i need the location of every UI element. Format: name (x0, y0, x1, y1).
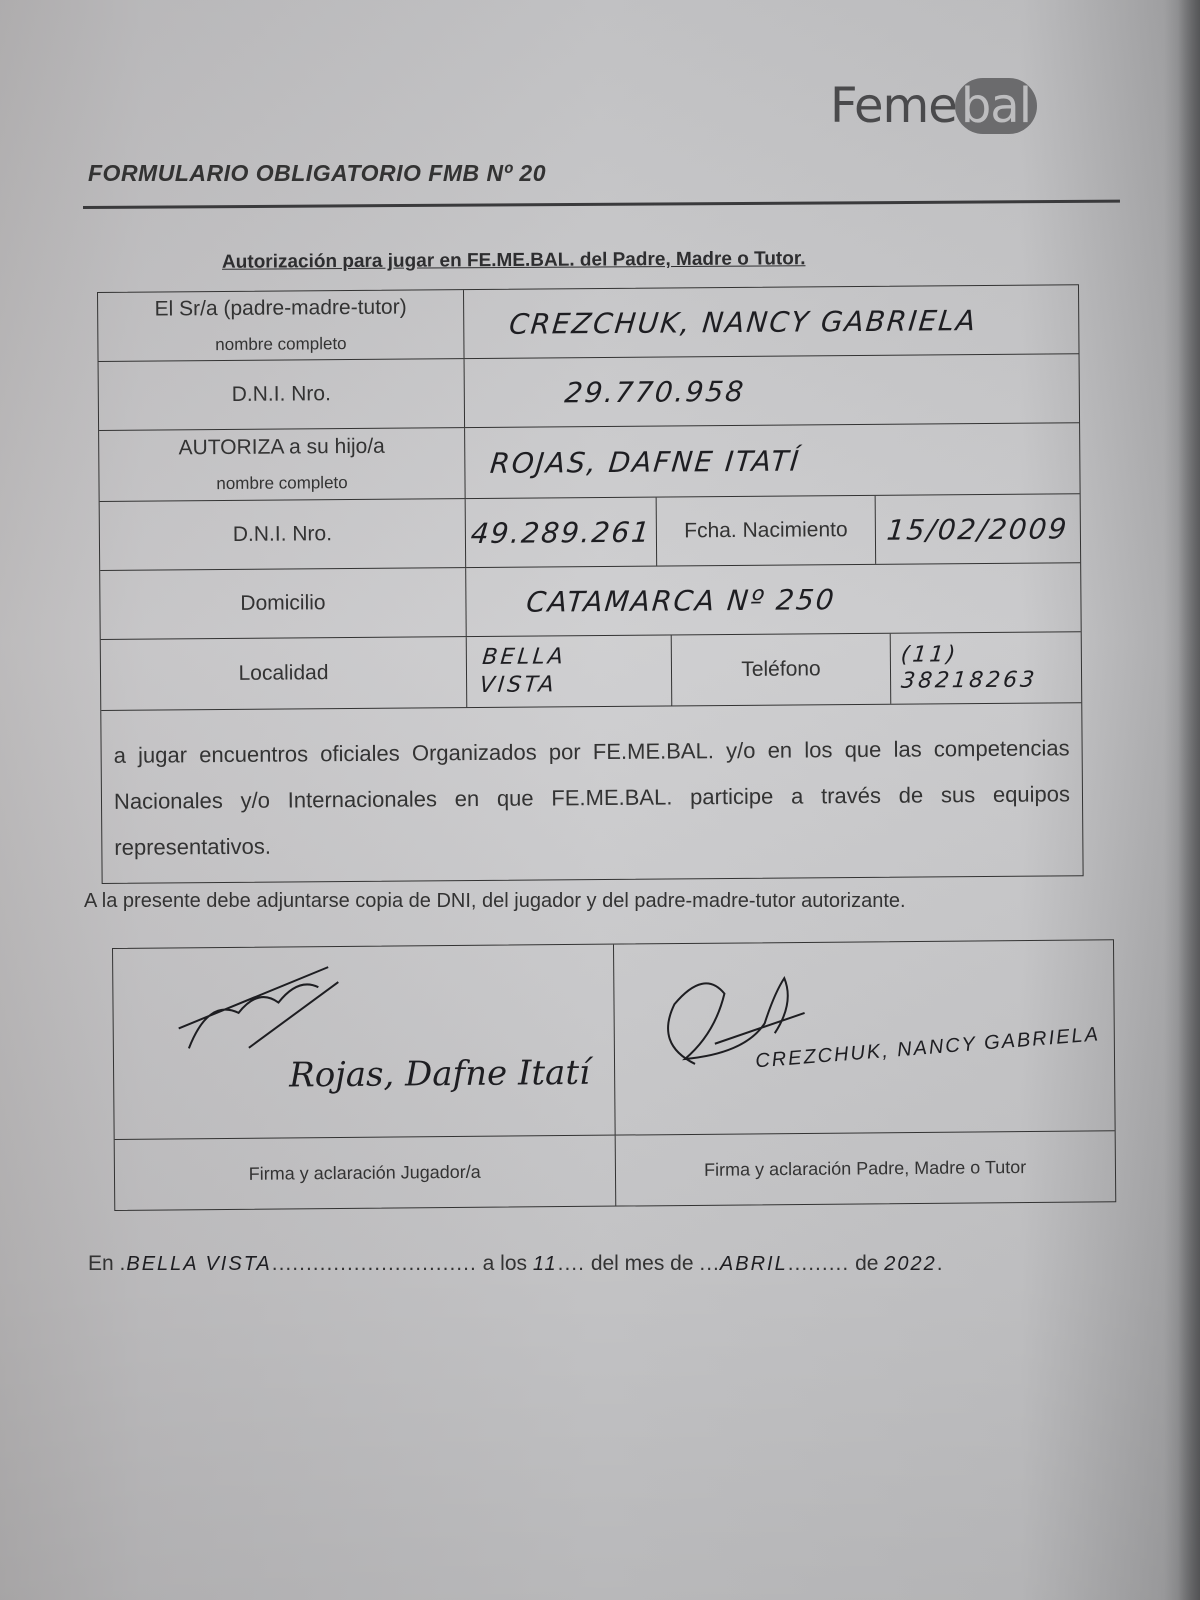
guardian-dni-row: D.N.I. Nro. 29.770.958 (99, 353, 1080, 430)
child-name-value: ROJAS, DAFNE ITATÍ (489, 444, 802, 479)
date-prefix: En (88, 1252, 114, 1275)
address-value: CATAMARCA Nº 250 (525, 583, 837, 618)
phone-value: 38218263 (900, 668, 1039, 695)
phone-label: Teléfono (741, 657, 821, 682)
locality-label: Localidad (238, 661, 328, 686)
phone-label-cell: Teléfono (671, 634, 891, 706)
address-row: Domicilio CATAMARCA Nº 250 (100, 562, 1081, 639)
day-field[interactable]: 11 (533, 1253, 558, 1275)
child-sublabel: nombre completo (216, 473, 347, 494)
child-name-field[interactable]: ROJAS, DAFNE ITATÍ (464, 423, 1080, 498)
guardian-dni-value: 29.770.958 (563, 374, 747, 408)
child-dni-label-cell: D.N.I. Nro. (100, 499, 466, 570)
player-signature-name: Rojas, Dafne Itatí (289, 1053, 590, 1096)
player-signature-box[interactable]: Rojas, Dafne Itatí (113, 945, 614, 1139)
page-edge-shadow (1178, 0, 1200, 1600)
guardian-dni-field[interactable]: 29.770.958 (464, 354, 1080, 427)
locality-row: Localidad BELLA VISTA Teléfono (11) 3821… (101, 631, 1082, 710)
guardian-sublabel: nombre completo (215, 334, 346, 355)
guardian-name-value: CREZCHUK, NANCY GABRIELA (508, 304, 979, 341)
place-date-line: En .BELLA VISTA.........................… (88, 1252, 944, 1276)
place-field[interactable]: BELLA VISTA (126, 1253, 271, 1275)
logo-text: Feme (830, 78, 957, 134)
guardian-label: El Sr/a (padre-madre-tutor) (154, 296, 406, 322)
locality-value: BELLA VISTA (478, 643, 603, 700)
guardian-signature-caption: Firma y aclaración Padre, Madre o Tutor (615, 1131, 1115, 1205)
birthdate-value: 15/02/2009 (886, 512, 1071, 546)
address-label: Domicilio (240, 591, 325, 616)
guardian-name-field[interactable]: CREZCHUK, NANCY GABRIELA (463, 285, 1079, 358)
player-signature-caption: Firma y aclaración Jugador/a (115, 1136, 615, 1210)
femebal-logo: Femebal (830, 78, 1037, 134)
guardian-name-row: El Sr/a (padre-madre-tutor) nombre compl… (98, 285, 1079, 361)
signature-table: Rojas, Dafne Itatí CREZCHUK, NANCY GABRI… (112, 939, 1116, 1211)
authorization-text-row: a jugar encuentros oficiales Organizados… (101, 702, 1082, 883)
locality-field[interactable]: BELLA VISTA (466, 636, 672, 708)
locality-label-cell: Localidad (101, 637, 467, 710)
child-name-row: AUTORIZA a su hijo/a nombre completo ROJ… (99, 422, 1080, 501)
child-dni-value: 49.289.261 (469, 515, 653, 549)
birthdate-label: Fcha. Nacimiento (684, 518, 848, 543)
year-field[interactable]: 2022 (884, 1253, 937, 1275)
child-dni-field[interactable]: 49.289.261 (465, 498, 657, 567)
birthdate-field[interactable]: 15/02/2009 (875, 494, 1081, 564)
month-field[interactable]: ABRIL (720, 1253, 788, 1275)
year-label: de (855, 1252, 878, 1275)
guardian-dni-label: D.N.I. Nro. (232, 382, 331, 407)
title-divider (83, 200, 1120, 209)
child-dni-label: D.N.I. Nro. (233, 522, 332, 547)
child-label-cell: AUTORIZA a su hijo/a nombre completo (99, 428, 465, 501)
guardian-dni-label-cell: D.N.I. Nro. (99, 359, 465, 430)
guardian-label-cell: El Sr/a (padre-madre-tutor) nombre compl… (98, 290, 464, 361)
address-field[interactable]: CATAMARCA Nº 250 (465, 563, 1081, 636)
player-signature-scribble-icon (168, 957, 349, 1059)
child-dni-row: D.N.I. Nro. 49.289.261 Fcha. Nacimiento … (100, 493, 1081, 570)
authorization-table: El Sr/a (padre-madre-tutor) nombre compl… (97, 284, 1084, 884)
attachment-note: A la presente debe adjuntarse copia de D… (84, 890, 906, 913)
child-label: AUTORIZA a su hijo/a (179, 435, 385, 461)
authorization-text: a jugar encuentros oficiales Organizados… (101, 703, 1082, 883)
form-subtitle: Autorización para jugar en FE.ME.BAL. de… (222, 248, 806, 274)
guardian-signature-box[interactable]: CREZCHUK, NANCY GABRIELA (612, 940, 1114, 1134)
address-label-cell: Domicilio (100, 568, 466, 639)
phone-field[interactable]: (11) 38218263 (890, 632, 1082, 703)
form-title: FORMULARIO OBLIGATORIO FMB Nº 20 (88, 160, 546, 187)
month-label: del mes de (591, 1252, 694, 1275)
day-label: a los (483, 1252, 527, 1275)
logo-badge: bal (955, 78, 1037, 134)
birthdate-label-cell: Fcha. Nacimiento (656, 496, 876, 566)
phone-prefix-value: (11) (900, 642, 960, 668)
